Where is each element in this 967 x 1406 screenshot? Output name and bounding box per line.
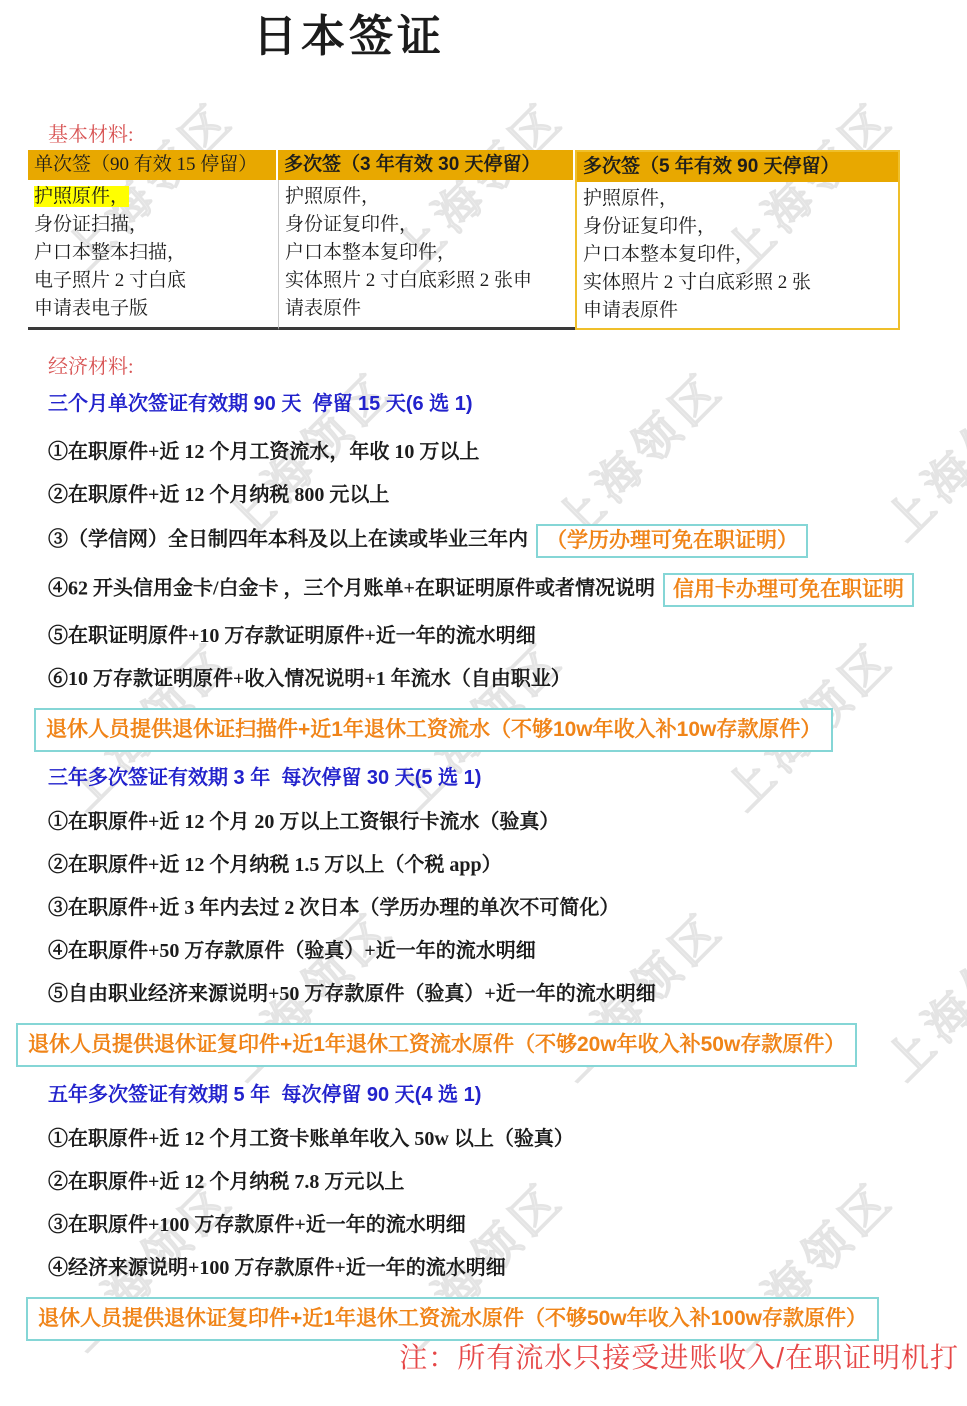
- column-body-single: 护照原件， 身份证扫描， 户口本整本扫描， 电子照片 2 寸白底 申请表电子版: [28, 180, 278, 330]
- requirement-item: ⑤在职证明原件+10 万存款证明原件+近一年的流水明细: [48, 622, 959, 650]
- section-heading-5year-visa: 五年多次签证有效期 5 年 每次停留 90 天(4 选 1): [48, 1081, 967, 1109]
- requirement-item: ①在职原件+近 12 个月 20 万以上工资银行卡流水（验真）: [48, 808, 959, 836]
- requirement-item: ②在职原件+近 12 个月纳税 1.5 万以上（个税 app）: [48, 851, 959, 879]
- table-cell-line: 申请表原件: [583, 297, 894, 325]
- table-cell-line: 电子照片 2 寸白底: [34, 267, 274, 295]
- footer-note: 注：所有流水只接受进账收入/在职证明机打: [399, 1336, 959, 1376]
- visa-types-table: 单次签（90 有效 15 停留） 护照原件， 身份证扫描， 户口本整本扫描， 电…: [28, 150, 900, 330]
- requirement-item: ②在职原件+近 12 个月纳税 800 元以上: [48, 481, 959, 509]
- highlighted-passport-text: 护照原件，: [34, 186, 129, 207]
- table-cell-line: 身份证复印件，: [285, 211, 571, 239]
- table-cell-line: 身份证复印件，: [583, 213, 894, 241]
- item-text: ⑥10 万存款证明原件+收入情况说明+1 年流水（自由职业）: [48, 668, 571, 690]
- table-cell-line: 户口本整本复印件，: [583, 241, 894, 269]
- table-cell-line: 实体照片 2 寸白底彩照 2 张: [583, 269, 894, 297]
- retiree-note-single: 退休人员提供退休证扫描件+近1年退休工资流水（不够10w年收入补10w存款原件）: [34, 708, 833, 752]
- requirement-item: ④在职原件+50 万存款原件（验真）+近一年的流水明细: [48, 937, 959, 965]
- item-text: ③在职原件+100 万存款原件+近一年的流水明细: [48, 1214, 466, 1236]
- table-cell-line: 请表原件: [285, 295, 571, 323]
- item-text: ④在职原件+50 万存款原件（验真）+近一年的流水明细: [48, 940, 536, 962]
- requirement-item: ④62 开头信用金卡/白金卡 ，三个月账单+在职证明原件或者情况说明信用卡办理可…: [48, 573, 959, 607]
- requirement-item: ⑤自由职业经济来源说明+50 万存款原件（验真）+近一年的流水明细: [48, 980, 959, 1008]
- retiree-note-row: 退休人员提供退休证扫描件+近1年退休工资流水（不够10w年收入补10w存款原件）: [34, 708, 967, 752]
- column-header-single: 单次签（90 有效 15 停留）: [28, 150, 278, 180]
- retiree-note-3year: 退休人员提供退休证复印件+近1年退休工资流水原件（不够20w年收入补50w存款原…: [16, 1023, 857, 1067]
- table-cell-line: 护照原件，: [583, 185, 894, 213]
- page-title: 日本签证: [253, 8, 967, 66]
- visa-info-page: 日本签证 基本材料: 单次签（90 有效 15 停留） 护照原件， 身份证扫描，…: [0, 0, 967, 1341]
- item-text: ②在职原件+近 12 个月纳税 800 元以上: [48, 484, 389, 506]
- item-text: ⑤在职证明原件+10 万存款证明原件+近一年的流水明细: [48, 625, 536, 647]
- item-text: ③（学信网）全日制四年本科及以上在读或毕业三年内: [48, 529, 528, 551]
- item-text: ①在职原件+近 12 个月 20 万以上工资银行卡流水（验真）: [48, 811, 559, 833]
- column-body-5year: 护照原件， 身份证复印件， 户口本整本复印件， 实体照片 2 寸白底彩照 2 张…: [577, 182, 898, 328]
- item-text: ⑤自由职业经济来源说明+50 万存款原件（验真）+近一年的流水明细: [48, 983, 656, 1005]
- item-text: ②在职原件+近 12 个月纳税 7.8 万元以上: [48, 1171, 404, 1193]
- requirement-item: ②在职原件+近 12 个月纳税 7.8 万元以上: [48, 1168, 959, 1196]
- item-text: ②在职原件+近 12 个月纳税 1.5 万以上（个税 app）: [48, 854, 502, 876]
- item-text: ③在职原件+近 3 年内去过 2 次日本（学历办理的单次不可简化）: [48, 897, 619, 919]
- table-column-single-entry: 单次签（90 有效 15 停留） 护照原件， 身份证扫描， 户口本整本扫描， 电…: [28, 150, 278, 330]
- section-heading-3year-visa: 三年多次签证有效期 3 年 每次停留 30 天(5 选 1): [48, 764, 967, 792]
- exemption-tag-credit-card: 信用卡办理可免在职证明: [663, 573, 914, 607]
- retiree-note-row: 退休人员提供退休证复印件+近1年退休工资流水原件（不够20w年收入补50w存款原…: [16, 1023, 967, 1067]
- column-header-3year: 多次签（3 年有效 30 天停留）: [278, 150, 575, 180]
- retiree-note-row: 退休人员提供退休证复印件+近1年退休工资流水原件（不够50w年收入补100w存款…: [26, 1297, 967, 1341]
- table-column-5year: 多次签（5 年有效 90 天停留） 护照原件， 身份证复印件， 户口本整本复印件…: [575, 150, 900, 330]
- table-column-3year: 多次签（3 年有效 30 天停留） 护照原件， 身份证复印件， 户口本整本复印件…: [278, 150, 575, 330]
- table-cell-line: 户口本整本复印件，: [285, 239, 571, 267]
- requirement-item: ③在职原件+100 万存款原件+近一年的流水明细: [48, 1211, 959, 1239]
- table-cell-line: 户口本整本扫描，: [34, 239, 274, 267]
- requirement-item: ③在职原件+近 3 年内去过 2 次日本（学历办理的单次不可简化）: [48, 894, 959, 922]
- requirement-item: ⑥10 万存款证明原件+收入情况说明+1 年流水（自由职业）: [48, 665, 959, 693]
- item-text: ④62 开头信用金卡/白金卡 ，三个月账单+在职证明原件或者情况说明: [48, 578, 655, 600]
- item-text: ①在职原件+近 12 个月工资流水，年收 10 万以上: [48, 441, 479, 463]
- basic-materials-label: 基本材料:: [48, 122, 967, 148]
- retiree-note-5year: 退休人员提供退休证复印件+近1年退休工资流水原件（不够50w年收入补100w存款…: [26, 1297, 879, 1341]
- item-text: ①在职原件+近 12 个月工资卡账单年收入 50w 以上（验真）: [48, 1128, 574, 1150]
- table-cell-line: 申请表电子版: [34, 295, 274, 323]
- exemption-tag-education: （学历办理可免在职证明）: [536, 524, 808, 558]
- table-cell-line: 护照原件，: [285, 183, 571, 211]
- column-body-3year: 护照原件， 身份证复印件， 户口本整本复印件， 实体照片 2 寸白底彩照 2 张…: [278, 180, 575, 330]
- table-cell-line: 实体照片 2 寸白底彩照 2 张申: [285, 267, 571, 295]
- requirement-item: ④经济来源说明+100 万存款原件+近一年的流水明细: [48, 1254, 959, 1282]
- requirement-item: ①在职原件+近 12 个月工资卡账单年收入 50w 以上（验真）: [48, 1125, 959, 1153]
- column-header-5year: 多次签（5 年有效 90 天停留）: [577, 152, 898, 182]
- economic-materials-label: 经济材料:: [48, 354, 967, 380]
- item-text: ④经济来源说明+100 万存款原件+近一年的流水明细: [48, 1257, 506, 1279]
- requirement-item: ①在职原件+近 12 个月工资流水，年收 10 万以上: [48, 438, 959, 466]
- table-cell-line: 护照原件，: [34, 183, 274, 211]
- table-cell-line: 身份证扫描，: [34, 211, 274, 239]
- section-heading-single-visa: 三个月单次签证有效期 90 天 停留 15 天(6 选 1): [48, 390, 967, 418]
- requirement-item: ③（学信网）全日制四年本科及以上在读或毕业三年内（学历办理可免在职证明）: [48, 524, 959, 558]
